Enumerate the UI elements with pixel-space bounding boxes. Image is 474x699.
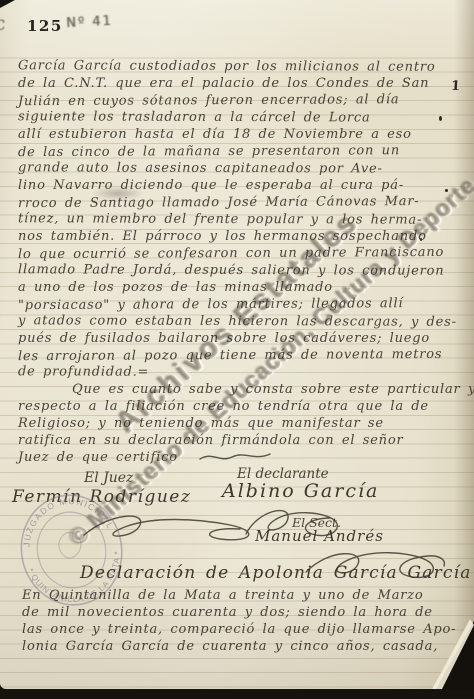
manuscript-line: lo que ocurrió se confesaron con un padr… bbox=[18, 244, 466, 263]
manuscript-line: llamado Padre Jordá, después salieron y … bbox=[18, 261, 466, 280]
page-edge-shadow bbox=[454, 0, 474, 689]
manuscript-line: a uno de los pozos de las minas llamado bbox=[18, 279, 466, 296]
manuscript-line: tínez, un miembro del frente popular y a… bbox=[18, 210, 466, 229]
manuscript-line: allí estubieron hasta el día 18 de Novie… bbox=[18, 126, 466, 143]
manuscript-line: grande auto los asesinos capitaneados po… bbox=[18, 159, 466, 178]
fold-highlight bbox=[424, 609, 474, 689]
manuscript-line: Julián en cuyos sótanos fueron encerrado… bbox=[18, 91, 466, 110]
manuscript-line: lonia García García de cuarenta y cinco … bbox=[22, 638, 470, 655]
manuscript-line: En Quintanilla de la Mata a treinta y un… bbox=[22, 587, 470, 604]
manuscript-line: les arrojaron al pozo que tiene más de n… bbox=[18, 346, 466, 365]
manuscript-line: lino Navarro diciendo que le esperaba al… bbox=[18, 177, 466, 194]
manuscript-line: de las cinco de la mañana se presentaron… bbox=[18, 142, 466, 161]
manuscript-paragraph-1: García García custodiados por los milici… bbox=[18, 58, 466, 381]
manuscript-line: respecto a la filiación cree no tendría … bbox=[18, 398, 466, 415]
manuscript-line: "porsiacaso" y ahora de los mártires; ll… bbox=[18, 295, 466, 314]
section-title: Declaración de Apolonia García García bbox=[80, 563, 472, 583]
manuscript-line: de la C.N.T. que era el palacio de los C… bbox=[18, 75, 466, 92]
seal-emblem bbox=[56, 530, 83, 560]
manuscript-line: Religioso; y no teniendo más que manifes… bbox=[18, 415, 466, 432]
declarant-signature: Albino García bbox=[222, 480, 379, 502]
manuscript-line: rroco de Santiago llamado José María Cán… bbox=[18, 193, 466, 212]
document-scan: Archivos Estatales © Ministerio de Educa… bbox=[0, 0, 474, 699]
edge-stamp-fragment: C bbox=[0, 18, 5, 34]
manuscript-line: de mil novecientos cuarenta y dos; siend… bbox=[22, 604, 470, 621]
manuscript-line: Que es cuanto sabe y consta sobre este p… bbox=[18, 381, 466, 398]
manuscript-line: pués de fusilados bailaron sobre los cad… bbox=[18, 330, 466, 347]
manuscript-line: y atados como estaban les hicieron las d… bbox=[18, 312, 466, 331]
numbering-stamp: Nº 41 bbox=[66, 14, 113, 31]
folio-number: 125 bbox=[27, 17, 63, 35]
corner-nick bbox=[0, 0, 15, 8]
certifico-flourish bbox=[198, 449, 272, 465]
paper-page: Archivos Estatales © Ministerio de Educa… bbox=[0, 0, 474, 689]
manuscript-line: siguiente los trasladaron a la cárcel de… bbox=[18, 108, 466, 127]
manuscript-line: las once y treinta, compareció la que di… bbox=[22, 621, 470, 638]
manuscript-line: García García custodiados por los milici… bbox=[18, 57, 466, 76]
manuscript-section-2: En Quintanilla de la Mata a treinta y un… bbox=[22, 587, 470, 655]
manuscript-line: nos también. El párroco y los hermanos s… bbox=[18, 228, 466, 245]
manuscript-line: de profundidad.= bbox=[18, 363, 466, 382]
manuscript-line: ratifica en su declaración firmándola co… bbox=[18, 432, 466, 449]
